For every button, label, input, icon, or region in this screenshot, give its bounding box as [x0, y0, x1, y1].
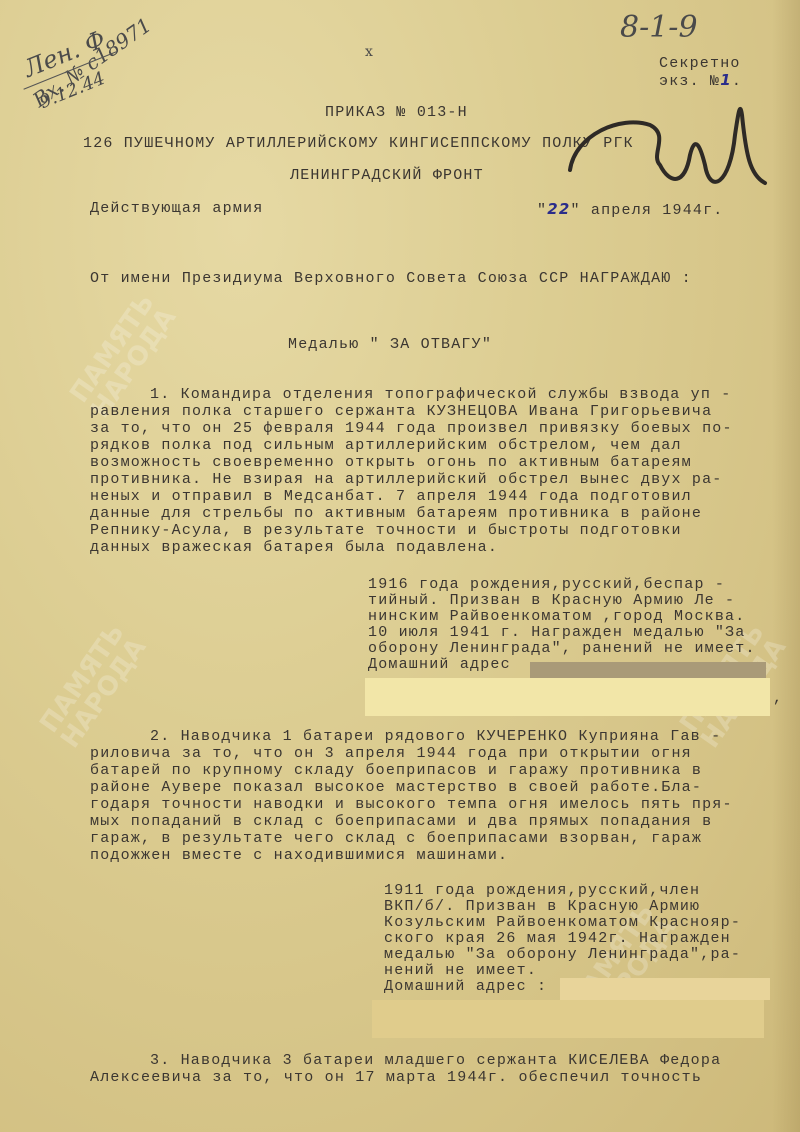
entry-line: годаря точности наводки и высокого темпа… [90, 796, 733, 813]
bio-line: 10 июля 1941 г. Награжден медалью "За [368, 624, 745, 641]
bio-line: 1911 года рождения,русский,член [384, 882, 700, 899]
entry-line: 3. Наводчика 3 батареи младшего сержанта… [150, 1052, 721, 1069]
signature [560, 95, 780, 205]
entry-line: риловича за то, что он 3 апреля 1944 год… [90, 745, 692, 762]
entry-line: противника. Не взирая на артиллерийский … [90, 471, 723, 488]
watermark: ПАМЯТЬ НАРОДА [36, 619, 151, 752]
classification-label: Секретно [659, 55, 741, 72]
entry-line: неных и отправил в Медсанбат. 7 апреля 1… [90, 488, 692, 505]
entry-line: за то, что он 25 февраля 1944 года произ… [90, 420, 733, 437]
bio-line: Козульским Райвоенкоматом Краснояр- [384, 914, 741, 931]
bio-line: ВКП/б/. Призван в Красную Армию [384, 898, 700, 915]
bio-line: нений не имеет. [384, 962, 537, 979]
handwritten-note: 8-1-9 [620, 10, 698, 45]
redacted-address [372, 1000, 764, 1038]
unit-name: 126 ПУШЕЧНОМУ АРТИЛЛЕРИЙСКОМУ КИНГИСЕППС… [83, 135, 634, 152]
redacted-address [530, 662, 766, 678]
entry-line: возможность своевременно открыть огонь п… [90, 454, 692, 471]
bio-line: тийный. Призван в Красную Армию Ле - [368, 592, 735, 609]
entry-line: батарей по крупному складу боеприпасов и… [90, 762, 702, 779]
bio-line: Домашний адрес [368, 656, 511, 673]
entry-line: Алексеевича за то, что он 17 марта 1944г… [90, 1069, 702, 1086]
entry-line: мых попаданий в склад с боеприпасами и д… [90, 813, 712, 830]
entry-line: районе Аувере показал высокое мастерство… [90, 779, 702, 796]
front-name: ЛЕНИНГРАДСКИЙ ФРОНТ [290, 167, 484, 184]
location: Действующая армия [90, 200, 263, 217]
copy-prefix: экз. № [659, 73, 720, 90]
copy-number: экз. №1. [659, 71, 742, 90]
bio-line: 1916 года рождения,русский,беспар - [368, 576, 725, 593]
award-title: Медалью " ЗА ОТВАГУ" [288, 336, 492, 353]
award-intro: От имени Президиума Верховного Совета Со… [90, 270, 692, 287]
bio-line: оборону Ленинграда", ранений не имеет. [368, 640, 756, 657]
address-comma: , [773, 690, 783, 707]
entry-line: 2. Наводчика 1 батареи рядового КУЧЕРЕНК… [150, 728, 721, 745]
copy-number-value: 1 [720, 71, 732, 89]
bio-line: ского края 26 мая 1942г. Награжден [384, 930, 731, 947]
entry-line: равления полка старшего сержанта КУЗНЕЦО… [90, 403, 712, 420]
bio-line: нинским Райвоенкоматом ,город Москва. [368, 608, 745, 625]
bio-line: Домашний адрес : [384, 978, 547, 995]
entry-line: рядков полка под сильным артиллерийским … [90, 437, 682, 454]
entry-line: подожжен вместе с находившимися машинами… [90, 847, 508, 864]
entry-line: Репнику-Асула, в результате точности и б… [90, 522, 682, 539]
entry-line: 1. Командира отделения топографической с… [150, 386, 731, 403]
entry-line: гараж, в результате чего склад с боеприп… [90, 830, 702, 847]
entry-line: данные для стрельбы по активным батареям… [90, 505, 702, 522]
bio-line: медалью "За оборону Ленинграда",ра- [384, 946, 741, 963]
x-mark: x [365, 44, 373, 60]
order-title: ПРИКАЗ № 013-Н [325, 104, 468, 121]
redacted-address [365, 678, 770, 716]
entry-line: данных вражеская батарея была подавлена. [90, 539, 498, 556]
redacted-address [560, 978, 770, 1000]
